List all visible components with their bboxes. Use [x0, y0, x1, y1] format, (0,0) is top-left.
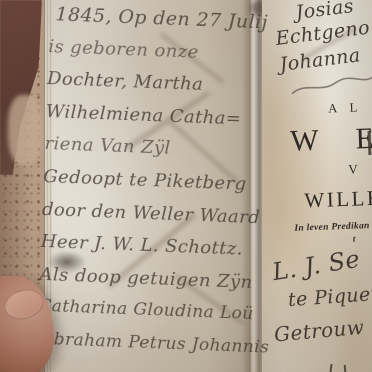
right-page-handwriting-bottom: L. J. Se te Piquet Getrouw	[272, 250, 372, 342]
handwritten-line: te Piquet	[287, 283, 372, 311]
ink-blot	[48, 251, 86, 273]
right-page-handwriting-top: Josias Echtgeno Johanna	[276, 2, 371, 80]
printed-title-page: A L W E V WILLEM In leven Predikan t	[284, 99, 372, 246]
photo-open-antique-book: 1845, Op den 27 Julij is geboren onze Do…	[0, 0, 372, 372]
printed-title-large: W E	[290, 121, 372, 159]
book-cover-worn-patch	[8, 95, 42, 165]
printed-kicker: A L	[328, 99, 372, 117]
printed-subtitle: In leven Predikan	[294, 220, 372, 234]
printed-word-fragment: V	[348, 160, 372, 178]
left-page-handwriting: 1845, Op den 27 Julij is geboren onze Do…	[36, 3, 255, 369]
thumbnail	[1, 285, 47, 324]
printed-name-caps: WILLEM	[304, 185, 372, 214]
handwritten-line: Getrouw	[273, 313, 372, 346]
